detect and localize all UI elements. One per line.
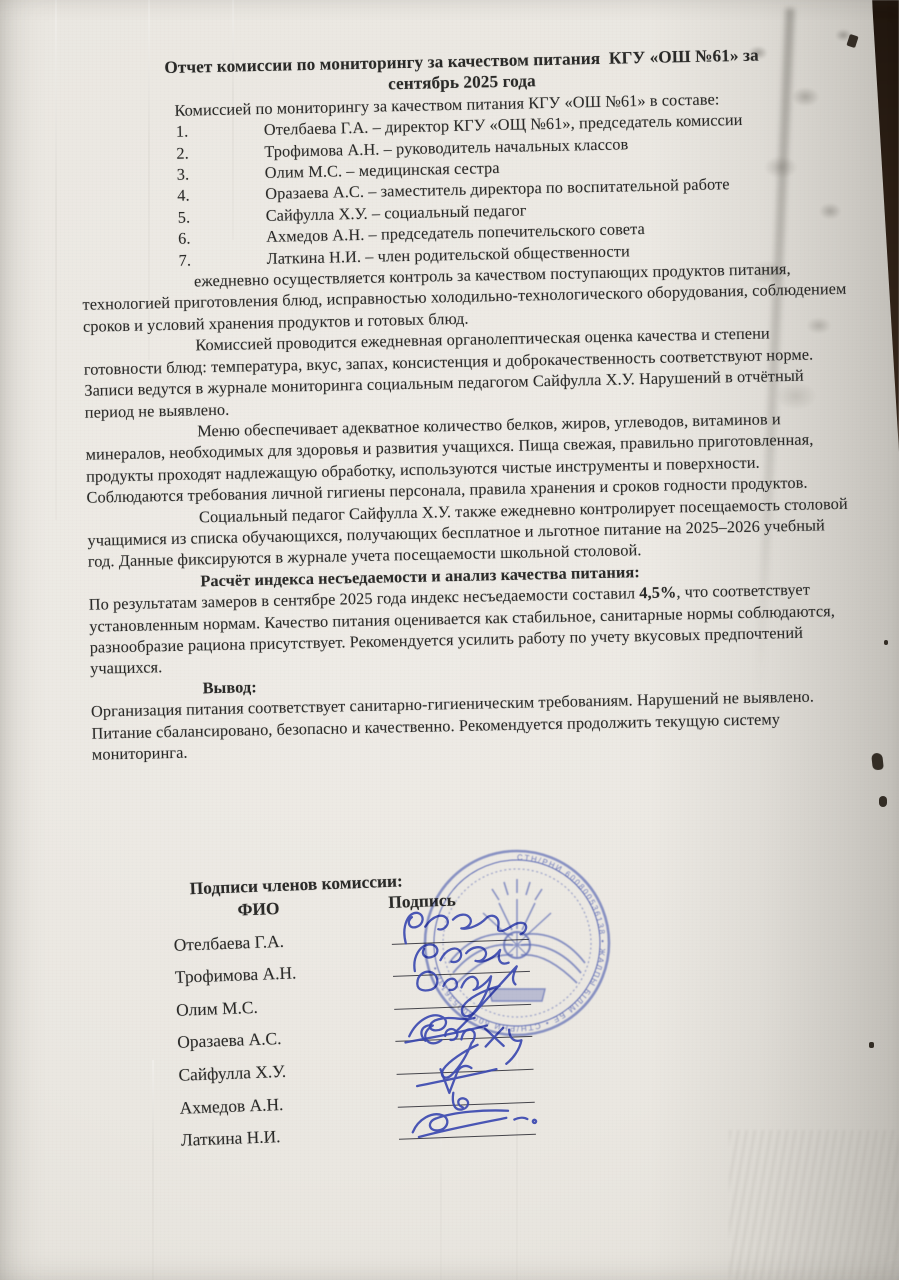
paragraph-organoleptic: Комиссией проводится ежедневная органоле… [83, 321, 853, 423]
stamp-uyk-lines [483, 899, 551, 935]
list-number: 4. [177, 183, 265, 206]
ink-speck [871, 752, 884, 770]
list-number: 3. [177, 162, 265, 185]
stamp-left-wing [449, 934, 513, 983]
document-body: Отчет комиссии по мониторингу за качеств… [77, 43, 860, 765]
bottom-right-texture [729, 1130, 899, 1280]
stamp-banner [489, 989, 545, 1001]
paragraph-menu: Меню обеспечивает адекватное количество … [85, 407, 855, 509]
member-name: Ахмедов А.Н. [179, 1094, 283, 1119]
ink-speck [884, 640, 888, 645]
handwritten-signature [398, 1097, 550, 1150]
list-number: 1. [176, 119, 264, 142]
index-value: 4,5% [639, 583, 676, 603]
column-header-name: ФИО [237, 898, 280, 921]
signature-line [398, 1094, 536, 1140]
document-photo: Отчет комиссии по мониторингу за качеств… [0, 0, 899, 1280]
member-name: Трофимова А.Н. [175, 963, 297, 988]
paragraph-index-results: По результатам замеров в сентябре 2025 г… [89, 578, 859, 680]
stamp-right-wing [521, 934, 585, 983]
member-name: Олим М.С. [176, 997, 258, 1021]
background-corner [872, 0, 899, 452]
member-name: Сайфулла Х.У. [178, 1061, 286, 1086]
stamp-sun-rays [492, 879, 542, 900]
ink-speck [879, 796, 887, 807]
member-name: Отелбаева Г.А. [173, 930, 284, 955]
list-number: 5. [177, 205, 265, 228]
list-number: 7. [178, 248, 266, 271]
paper-crease [55, 0, 57, 520]
member-name: Латкина Н.И. [181, 1126, 281, 1151]
list-number: 6. [178, 226, 266, 249]
ink-speck [846, 34, 858, 48]
official-round-stamp: СТН/РНИ 600800536138 • ЖАЛПЫ БІЛІМ БЕ • … [417, 843, 617, 1043]
list-number: 2. [176, 141, 264, 164]
member-name: Оразаева А.С. [177, 1028, 282, 1053]
